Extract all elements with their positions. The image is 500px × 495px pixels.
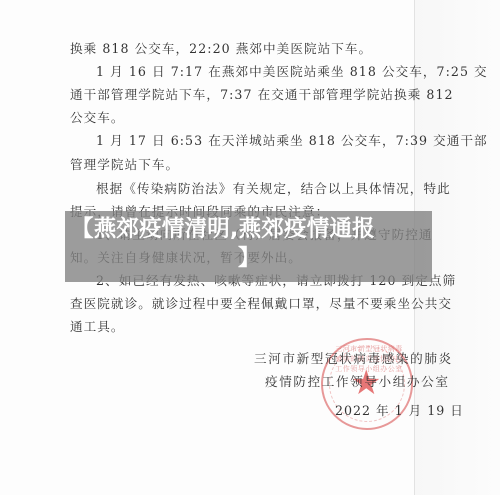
body-line-7: 根据《传染病防治法》有关规定，结合以上具体情况，特此 [96,181,451,197]
body-line-4: 公交车。 [70,110,125,126]
body-line-6: 管理学院站下车。 [70,157,179,173]
document-page: 换乘 818 公交车，22:20 燕郊中美医院站下车。 1 月 16 日 7:1… [0,0,500,495]
body-line-13: 通工具。 [70,319,125,335]
signature-org-line-1: 三河市新型冠状病毒感染的肺炎 [254,351,453,367]
signature-org-line-2: 疫情防控工作领导小组办公室 [265,374,450,390]
body-line-2: 1 月 16 日 7:17 在燕郊中美医院站乘坐 818 公交车，7:25 交 [96,64,488,80]
body-line-5: 1 月 17 日 6:53 在天洋城站乘坐 818 公交车，7:39 交通干部 [96,133,488,149]
overlay-title: 【燕郊疫情清明,燕郊疫情通报 [71,214,375,244]
body-line-1: 换乘 818 公交车，22:20 燕郊中美医院站下车。 [70,41,372,57]
signature-date: 2022 年 1 月 19 日 [335,403,464,419]
body-line-12: 查医院就诊。就诊过程中要全程佩戴口罩，尽量不要乘坐公共交 [70,296,452,312]
title-overlay-banner: 【燕郊疫情清明,燕郊疫情通报 】 [65,211,432,282]
body-line-3: 通干部管理学院站下车，7:37 在交通干部管理学院站换乘 812 [70,87,454,103]
overlay-title-closing-bracket: 】 [238,244,260,274]
